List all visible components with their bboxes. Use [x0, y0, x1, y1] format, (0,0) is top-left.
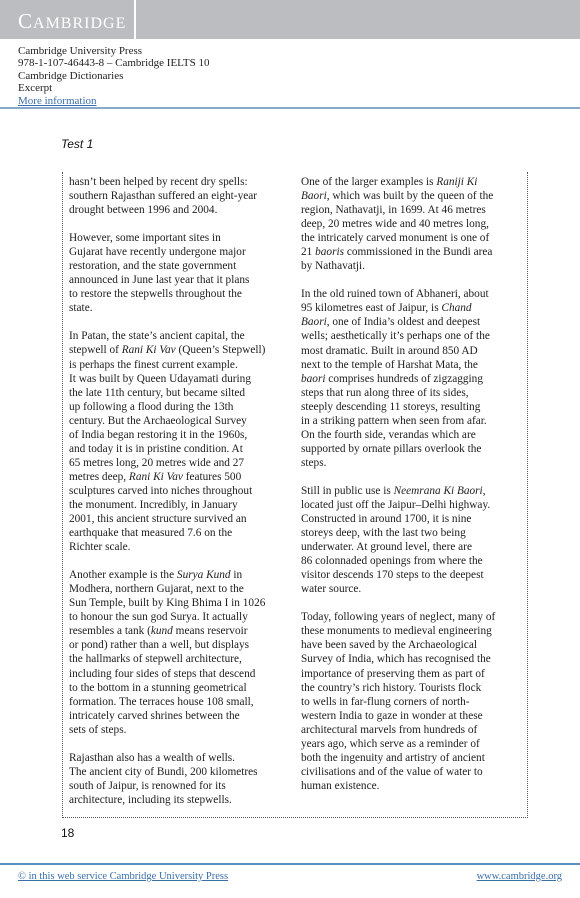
italic-term: Neemrana Ki Baori: [394, 485, 483, 497]
paragraph: In the old ruined town of Abhaneri, abou…: [301, 287, 523, 470]
text-run: features 500 sculptures carved into nich…: [69, 471, 252, 553]
paragraph: One of the larger examples is Raniji Ki …: [301, 175, 523, 273]
text-run: means reservoir or pond) rather than a w…: [69, 625, 255, 735]
logo-rest: AMBRIDGE: [33, 15, 126, 32]
more-information-link[interactable]: More information: [18, 95, 209, 107]
paragraph: In Patan, the state’s ancient capital, t…: [69, 329, 297, 554]
page-number: 18: [61, 826, 74, 840]
italic-term: Rani Ki Vav: [129, 471, 183, 483]
italic-term: baori: [301, 373, 325, 385]
text-run: Still in public use is: [301, 485, 394, 497]
footer-rule: [0, 863, 580, 865]
header-rule: [0, 107, 580, 109]
banner-divider: [134, 0, 136, 39]
text-run: , located just off the Jaipur–Delhi high…: [301, 485, 490, 595]
italic-term: baoris: [315, 246, 344, 258]
passage-left-column: hasn’t been helped by recent dry spells:…: [69, 175, 297, 821]
passage-right-column: One of the larger examples is Raniji Ki …: [301, 175, 523, 807]
paragraph: Rajasthan also has a wealth of wells. Th…: [69, 751, 297, 807]
text-run: Today, following years of neglect, many …: [301, 611, 495, 792]
header-banner: CAMBRIDGE: [0, 0, 580, 39]
text-run: (Queen’s Stepwell) is perhaps the finest…: [69, 344, 265, 482]
paragraph: However, some important sites in Gujarat…: [69, 231, 297, 315]
author: Cambridge Dictionaries: [18, 70, 209, 82]
italic-term: Surya Kund: [177, 569, 231, 581]
text-run: One of the larger examples is: [301, 176, 436, 188]
website-link[interactable]: www.cambridge.org: [477, 871, 562, 882]
paragraph: Today, following years of neglect, many …: [301, 610, 523, 793]
book-metadata: Cambridge University Press 978-1-107-464…: [18, 45, 209, 107]
text-run: However, some important sites in Gujarat…: [69, 232, 249, 314]
text-run: comprises hundreds of zigzagging steps t…: [301, 373, 487, 469]
cambridge-logo: CAMBRIDGE: [18, 9, 126, 34]
text-run: , one of India’s oldest and deepest well…: [301, 316, 490, 370]
paragraph: Still in public use is Neemrana Ki Baori…: [301, 484, 523, 596]
text-run: Another example is the: [69, 569, 177, 581]
logo-initial: C: [18, 9, 33, 33]
text-run: hasn’t been helped by recent dry spells:…: [69, 176, 257, 216]
doc-type: Excerpt: [18, 82, 209, 94]
isbn-title: 978-1-107-46443-8 – Cambridge IELTS 10: [18, 57, 209, 69]
publisher: Cambridge University Press: [18, 45, 209, 57]
italic-term: kund: [151, 625, 173, 637]
italic-term: Rani Ki Vav: [122, 344, 176, 356]
paragraph: Another example is the Surya Kund in Mod…: [69, 568, 297, 737]
section-label: Test 1: [61, 137, 93, 151]
copyright-link[interactable]: © in this web service Cambridge Universi…: [18, 871, 228, 882]
text-run: Rajasthan also has a wealth of wells. Th…: [69, 752, 258, 806]
paragraph: hasn’t been helped by recent dry spells:…: [69, 175, 297, 217]
